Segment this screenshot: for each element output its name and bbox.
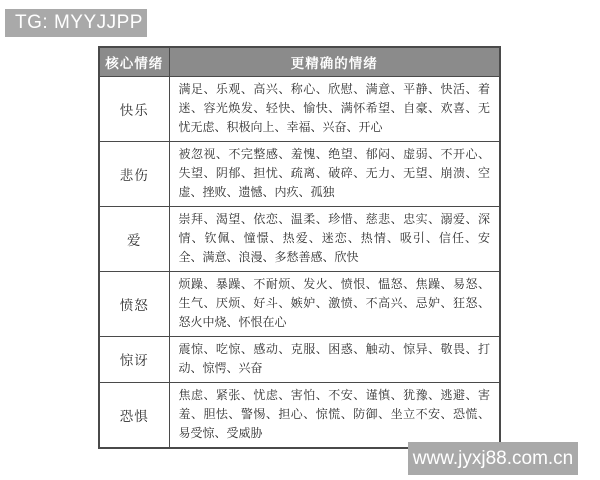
core-emotion-fear: 恐惧 [99,382,169,448]
core-emotion-sadness: 悲伤 [99,141,169,206]
core-emotion-anger: 愤怒 [99,271,169,336]
precise-emotions-surprise: 震惊、吃惊、感动、克服、困惑、触动、惊异、敬畏、打动、惊愕、兴奋 [169,336,500,382]
watermark-telegram-text: TG: MYYJJPP [15,12,143,34]
table-row: 恐惧 焦虑、紧张、忧虑、害怕、不安、谨慎、犹豫、逃避、害羞、胆怯、警惕、担心、惊… [99,382,500,448]
header-core-emotion: 核心情绪 [99,47,169,76]
emotion-table: 核心情绪 更精确的情绪 快乐 满足、乐观、高兴、称心、欣慰、满意、平静、快活、着… [98,46,501,449]
precise-emotions-sadness: 被忽视、不完整感、羞愧、绝望、郁闷、虚弱、不开心、失望、阴郁、担忧、疏离、破碎、… [169,141,500,206]
precise-emotions-anger: 烦躁、暴躁、不耐烦、发火、愤恨、愠怒、焦躁、易怒、生气、厌烦、好斗、嫉妒、激愤、… [169,271,500,336]
table-row: 快乐 满足、乐观、高兴、称心、欣慰、满意、平静、快活、着迷、容光焕发、轻快、愉快… [99,76,500,141]
table-row: 愤怒 烦躁、暴躁、不耐烦、发火、愤恨、愠怒、焦躁、易怒、生气、厌烦、好斗、嫉妒、… [99,271,500,336]
precise-emotions-fear: 焦虑、紧张、忧虑、害怕、不安、谨慎、犹豫、逃避、害羞、胆怯、警惕、担心、惊慌、防… [169,382,500,448]
table-row: 惊讶 震惊、吃惊、感动、克服、困惑、触动、惊异、敬畏、打动、惊愕、兴奋 [99,336,500,382]
table-row: 爱 崇拜、渴望、依恋、温柔、珍惜、慈悲、忠实、溺爱、深情、钦佩、憧憬、热爱、迷恋… [99,206,500,271]
watermark-website-text: www.jyxj88.com.cn [413,448,574,470]
core-emotion-love: 爱 [99,206,169,271]
table-header-row: 核心情绪 更精确的情绪 [99,47,500,76]
precise-emotions-love: 崇拜、渴望、依恋、温柔、珍惜、慈悲、忠实、溺爱、深情、钦佩、憧憬、热爱、迷恋、热… [169,206,500,271]
watermark-telegram-badge: TG: MYYJJPP [5,9,147,37]
watermark-website-badge: www.jyxj88.com.cn [408,442,578,475]
header-precise-emotion: 更精确的情绪 [169,47,500,76]
core-emotion-happiness: 快乐 [99,76,169,141]
table-row: 悲伤 被忽视、不完整感、羞愧、绝望、郁闷、虚弱、不开心、失望、阴郁、担忧、疏离、… [99,141,500,206]
core-emotion-surprise: 惊讶 [99,336,169,382]
precise-emotions-happiness: 满足、乐观、高兴、称心、欣慰、满意、平静、快活、着迷、容光焕发、轻快、愉快、满怀… [169,76,500,141]
